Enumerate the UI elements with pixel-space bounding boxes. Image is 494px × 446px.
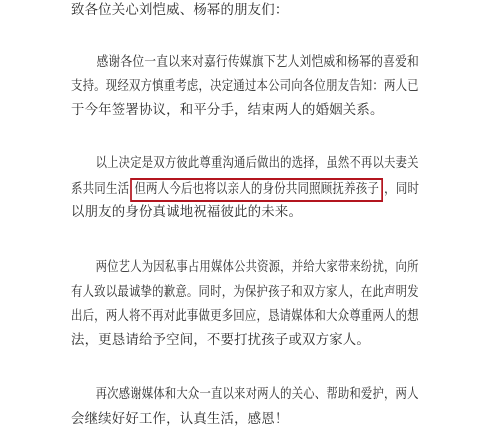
paragraph-3-line-4: 法，更恳请给予空间，不要打扰孩子或双方家人。 xyxy=(71,331,370,351)
paragraph-2-line-1: 以上决定是双方彼此尊重沟通后做出的选择，虽然不再以夫妻关 xyxy=(71,154,419,174)
line-text-before-highlight: 系共同生活 xyxy=(71,182,129,197)
line-text-after-highlight: ，同时 xyxy=(384,182,419,197)
highlighted-sentence-box: 但两人今后也将以亲人的身份共同照顾抚养孩子 xyxy=(130,178,383,202)
salutation: 致各位关心刘恺威、杨幂的朋友们： xyxy=(71,1,288,21)
paragraph-3-line-1: 两位艺人为因私事占用媒体公共资源，并给大家带来纷扰，向所 xyxy=(71,258,419,278)
paragraph-1-line-3: 于今年签署协议，和平分手，结束两人的婚姻关系。 xyxy=(71,101,384,121)
paragraph-3-line-2: 有人致以最诚挚的歉意。同时，为保护孩子和双方家人，在此声明发 xyxy=(71,283,419,303)
paragraph-4-line-1: 再次感谢媒体和大众一直以来对两人的关心、帮助和爱护，两人 xyxy=(71,385,419,405)
paragraph-1-line-2: 支持。现经双方慎重考虑，决定通过本公司向各位朋友告知：两人已 xyxy=(71,77,419,97)
paragraph-4-line-2: 会继续好好工作，认真生活，感恩！ xyxy=(71,410,288,430)
paragraph-3-line-3: 出后，两人将不再对此事做更多回应，恳请媒体和大众尊重两人的想 xyxy=(71,307,419,327)
paragraph-2-line-2: 系共同生活但两人今后也将以亲人的身份共同照顾抚养孩子，同时 xyxy=(71,178,419,198)
paragraph-2-line-3: 以朋友的身份真诚地祝福彼此的未来。 xyxy=(71,203,302,223)
paragraph-1-line-1: 感谢各位一直以来对嘉行传媒旗下艺人刘恺威和杨幂的喜爱和 xyxy=(71,53,419,73)
